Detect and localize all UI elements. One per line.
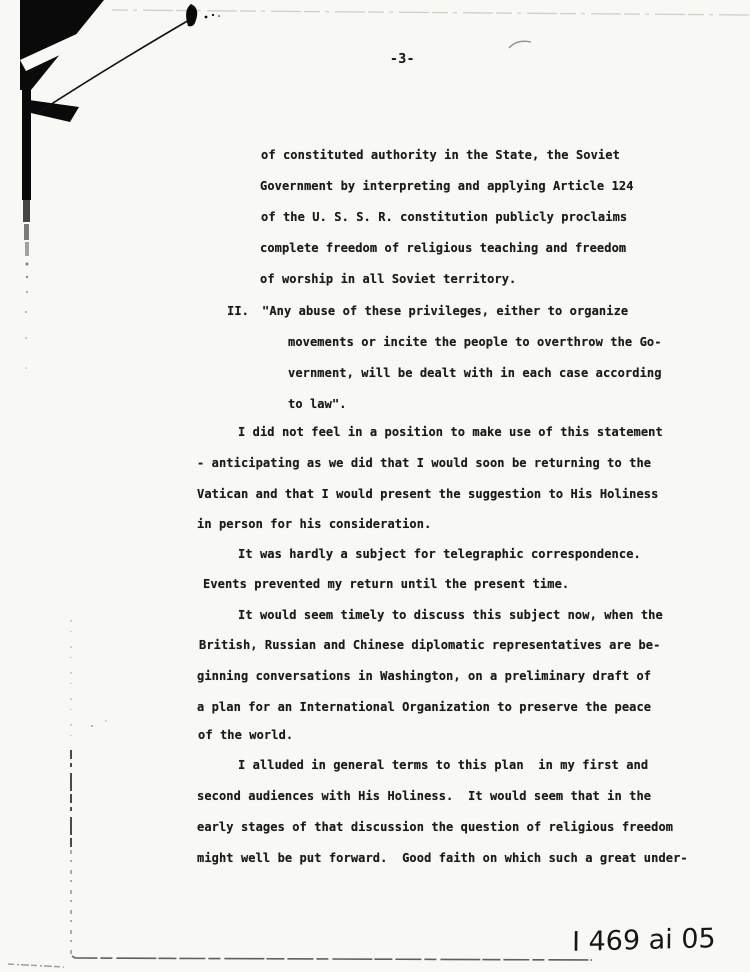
text-line: of constituted authority in the State, t… bbox=[261, 147, 620, 163]
scan-bottom-edge-line bbox=[72, 956, 592, 960]
text-line: ginning conversations in Washington, on … bbox=[197, 668, 651, 684]
text-line: It would seem timely to discuss this sub… bbox=[238, 607, 663, 623]
text-line: of the world. bbox=[198, 727, 293, 743]
text-line: Government by interpreting and applying … bbox=[260, 178, 634, 194]
text-line: Events prevented my return until the pre… bbox=[203, 576, 569, 592]
scan-teardrop-mark bbox=[186, 4, 197, 26]
text-line: Vatican and that I would present the sug… bbox=[197, 486, 658, 502]
text-line: of the U. S. S. R. constitution publicly… bbox=[261, 209, 627, 225]
text-line: in person for his consideration. bbox=[197, 516, 431, 532]
text-line: I alluded in general terms to this plan … bbox=[238, 757, 648, 773]
scan-crease-line bbox=[36, 16, 196, 114]
handwritten-annotation: I 469 ai 05 bbox=[572, 923, 716, 958]
text-line: "Any abuse of these privileges, either t… bbox=[262, 303, 628, 319]
text-line: movements or incite the people to overth… bbox=[288, 334, 662, 350]
text-line: second audiences with His Holiness. It w… bbox=[197, 788, 651, 804]
text-line: to law". bbox=[288, 396, 347, 412]
scan-left-bar bbox=[22, 0, 31, 200]
text-line: British, Russian and Chinese diplomatic … bbox=[199, 637, 660, 653]
scan-corner-white-streak bbox=[20, 26, 102, 71]
text-line: - anticipating as we did that I would so… bbox=[197, 455, 651, 471]
text-line: of worship in all Soviet territory. bbox=[260, 271, 516, 287]
text-line: vernment, will be dealt with in each cas… bbox=[288, 365, 662, 381]
scan-top-edge-line bbox=[112, 10, 750, 15]
document-page: -3- of constituted authority in the Stat… bbox=[0, 0, 750, 972]
scan-ink-blob bbox=[29, 100, 79, 122]
text-line: It was hardly a subject for telegraphic … bbox=[238, 546, 641, 562]
text-line: complete freedom of religious teaching a… bbox=[260, 240, 626, 256]
scan-corner-triangle bbox=[20, 0, 104, 90]
scan-pencil-curve bbox=[509, 41, 531, 48]
text-line: early stages of that discussion the ques… bbox=[197, 819, 673, 835]
text-line: a plan for an International Organization… bbox=[197, 699, 651, 715]
page-number: -3- bbox=[390, 52, 415, 67]
scan-bottom-scribble bbox=[8, 964, 64, 967]
list-marker: II. bbox=[227, 303, 249, 319]
text-line: might well be put forward. Good faith on… bbox=[197, 850, 688, 866]
text-line: I did not feel in a position to make use… bbox=[238, 424, 663, 440]
